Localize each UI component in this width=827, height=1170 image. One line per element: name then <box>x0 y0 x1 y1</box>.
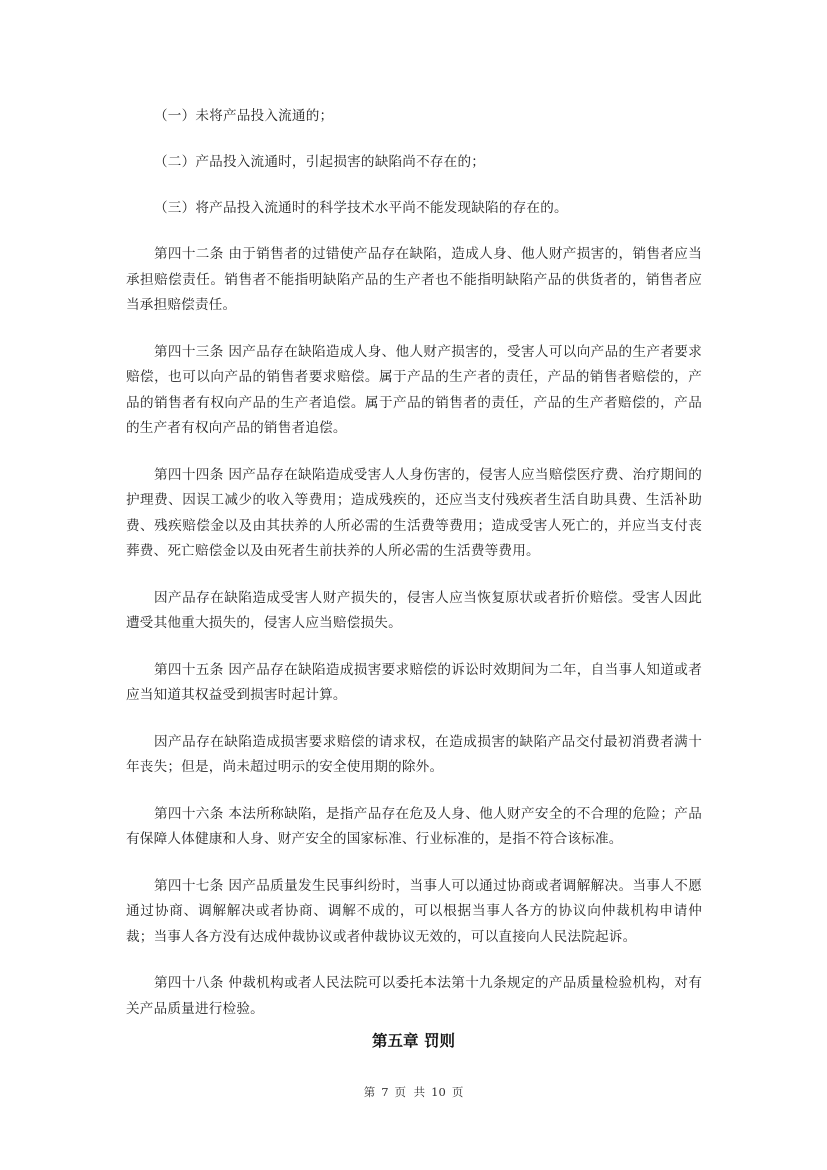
list-item: （一）未将产品投入流通的； <box>126 104 702 129</box>
article-43: 第四十三条 因产品存在缺陷造成人身、他人财产损害的，受害人可以向产品的生产者要求… <box>126 340 702 442</box>
article-48: 第四十八条 仲裁机构或者人民法院可以委托本法第十九条规定的产品质量检验机构，对有… <box>126 971 702 1022</box>
article-45-paragraph-2: 因产品存在缺陷造成损害要求赔偿的请求权，在造成损害的缺陷产品交付最初消费者满十年… <box>126 730 702 781</box>
article-42: 第四十二条 由于销售者的过错使产品存在缺陷，造成人身、他人财产损害的，销售者应当… <box>126 242 702 319</box>
article-46: 第四十六条 本法所称缺陷，是指产品存在危及人身、他人财产安全的不合理的危险；产品… <box>126 802 702 853</box>
total-pages-number: 10 <box>431 1085 446 1099</box>
footer-suffix: 页 <box>452 1085 464 1099</box>
article-44: 第四十四条 因产品存在缺陷造成受害人人身伤害的，侵害人应当赔偿医疗费、治疗期间的… <box>126 463 702 565</box>
list-item: （三）将产品投入流通时的科学技术水平尚不能发现缺陷的存在的。 <box>126 196 702 221</box>
current-page-number: 7 <box>381 1085 388 1099</box>
article-47: 第四十七条 因产品质量发生民事纠纷时，当事人可以通过协商或者调解解决。当事人不愿… <box>126 874 702 951</box>
footer-middle: 页 共 <box>395 1085 426 1099</box>
article-45: 第四十五条 因产品存在缺陷造成损害要求赔偿的诉讼时效期间为二年，自当事人知道或者… <box>126 658 702 709</box>
article-44-paragraph-2: 因产品存在缺陷造成受害人财产损失的，侵害人应当恢复原状或者折价赔偿。受害人因此遭… <box>126 586 702 637</box>
footer-prefix: 第 <box>364 1085 376 1099</box>
page-footer: 第7页 共10页 <box>0 1084 827 1100</box>
chapter-heading: 第五章 罚则 <box>0 1029 827 1051</box>
list-item: （二）产品投入流通时，引起损害的缺陷尚不存在的； <box>126 150 702 175</box>
document-page: （一）未将产品投入流通的； （二）产品投入流通时，引起损害的缺陷尚不存在的； （… <box>126 104 702 1043</box>
